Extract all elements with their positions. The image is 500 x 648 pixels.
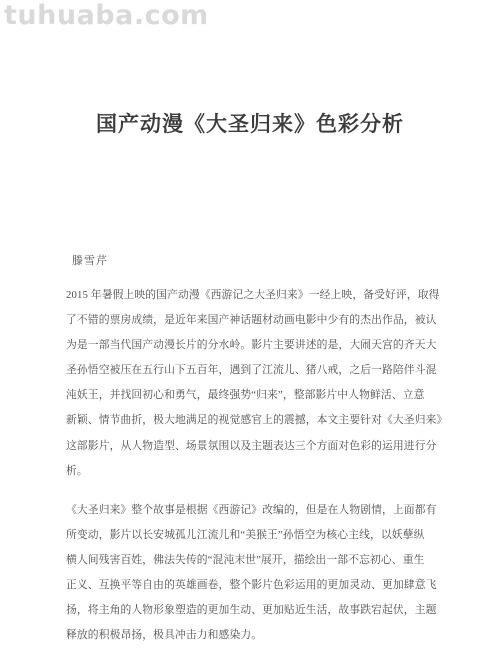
text-line: 这部影片，从人物造型、场景氛围以及主题表达三个方面对色彩的运用进行分 — [66, 434, 446, 459]
text-line: 新颖、情节曲折，极大地满足的视觉感官上的震撼，本文主要针对《大圣归来》 — [66, 408, 446, 433]
text-line: 扬，将主角的人物形象塑造的更加生动、更加贴近生活，故事跌宕起伏，主题 — [66, 598, 446, 623]
paragraph: 2015 年暑假上映的国产动漫《西游记之大圣归来》一经上映，备受好评，取得 了不… — [66, 283, 446, 484]
page-title: 国产动漫《大圣归来》色彩分析 — [0, 108, 500, 138]
watermark-logo: tuhuaba.com — [4, 0, 209, 31]
text-line: 为是一部当代国产动漫长片的分水岭。影片主要讲述的是，大闹天宫的齐天大 — [66, 333, 446, 358]
document-page: tuhuaba.com 国产动漫《大圣归来》色彩分析 滕雪芹 2015 年暑假上… — [0, 0, 500, 648]
text-line: 正义、互换平等自由的英雄画卷，整个影片色彩运用的更加灵动、更加肆意飞 — [66, 573, 446, 598]
text-line: 释放的积极昂扬，极具冲击力和感染力。 — [66, 623, 446, 648]
text-line: 析。 — [66, 459, 446, 484]
document-body: 2015 年暑假上映的国产动漫《西游记之大圣归来》一经上映，备受好评，取得 了不… — [66, 283, 446, 648]
text-line: 所变动，影片以长安城孤儿江流儿和“美猴王”孙悟空为核心主线，以妖孽纵 — [66, 523, 446, 548]
paragraph: 《大圣归来》整个故事是根据《西游记》改编的，但是在人物剧情，上面都有 所变动，影… — [66, 498, 446, 648]
text-line: 沌妖王，并找回初心和勇气，最终强势“归来”，整部影片中人物鲜活、立意 — [66, 383, 446, 408]
text-line: 了不错的票房成绩，是近年来国产神话题材动画电影中少有的杰出作品，被认 — [66, 308, 446, 333]
author-name: 滕雪芹 — [72, 252, 108, 268]
text-line: 横人间残害百姓，佛法失传的“混沌末世”展开，描绘出一部不忘初心、重生 — [66, 548, 446, 573]
text-line: 圣孙悟空被压在五行山下五百年，遇到了江流儿、猪八戒，之后一路陪伴斗混 — [66, 358, 446, 383]
text-line: 2015 年暑假上映的国产动漫《西游记之大圣归来》一经上映，备受好评，取得 — [66, 283, 446, 308]
text-line: 《大圣归来》整个故事是根据《西游记》改编的，但是在人物剧情，上面都有 — [66, 498, 446, 523]
